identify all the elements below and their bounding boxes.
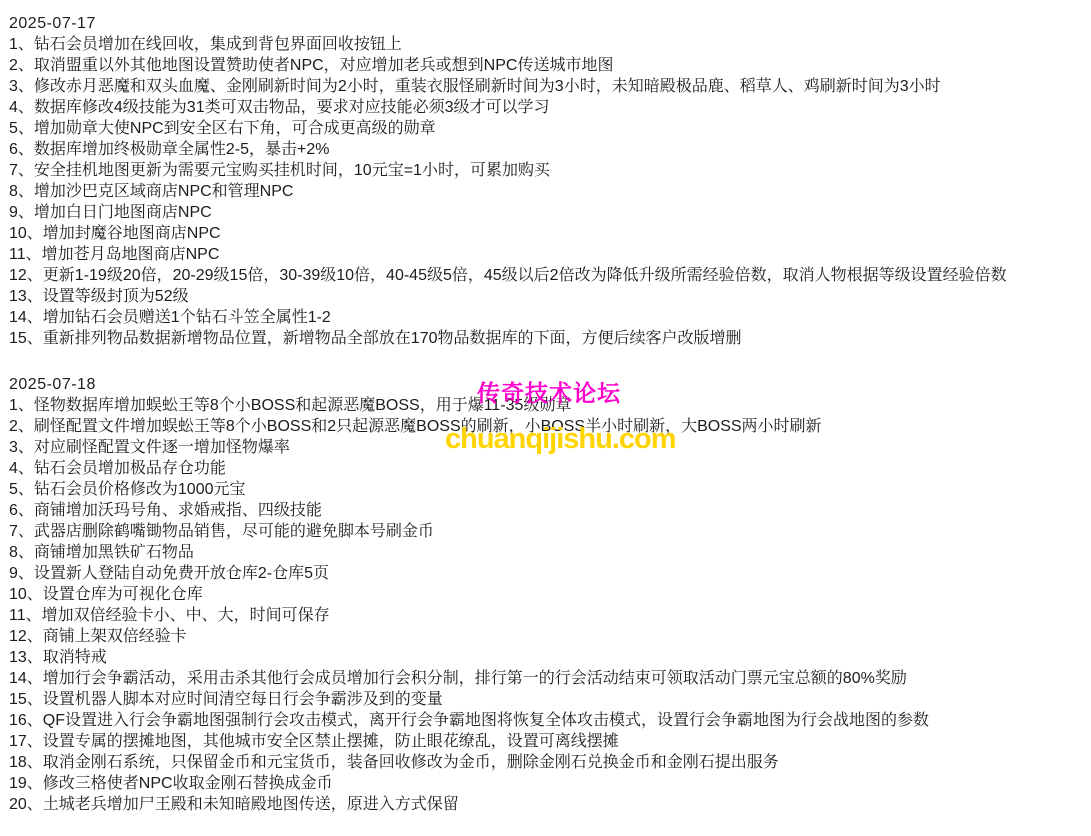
changelog-item: 5、钻石会员价格修改为1000元宝 <box>9 479 1091 500</box>
changelog-item: 9、设置新人登陆自动免费开放仓库2-仓库5页 <box>9 563 1091 584</box>
changelog-item: 15、设置机器人脚本对应时间清空每日行会争霸涉及到的变量 <box>9 689 1091 710</box>
date-heading: 2025-07-17 <box>9 13 1091 34</box>
changelog-item: 12、商铺上架双倍经验卡 <box>9 626 1091 647</box>
changelog-item: 14、增加行会争霸活动，采用击杀其他行会成员增加行会积分制，排行第一的行会活动结… <box>9 668 1091 689</box>
changelog-item: 2、取消盟重以外其他地图设置赞助使者NPC，对应增加老兵或想到NPC传送城市地图 <box>9 55 1091 76</box>
changelog-item: 17、设置专属的摆摊地图，其他城市安全区禁止摆摊，防止眼花缭乱，设置可离线摆摊 <box>9 731 1091 752</box>
watermark-forum-name: 传奇技术论坛 <box>477 382 621 405</box>
changelog-item: 4、钻石会员增加极品存仓功能 <box>9 458 1091 479</box>
changelog-item: 8、增加沙巴克区域商店NPC和管理NPC <box>9 181 1091 202</box>
changelog-item: 18、取消金刚石系统，只保留金币和元宝货币，装备回收修改为金币，删除金刚石兑换金… <box>9 752 1091 773</box>
changelog-item: 6、商铺增加沃玛号角、求婚戒指、四级技能 <box>9 500 1091 521</box>
changelog-item: 15、重新排列物品数据新增物品位置，新增物品全部放在170物品数据库的下面，方便… <box>9 328 1091 349</box>
changelog-item: 10、设置仓库为可视化仓库 <box>9 584 1091 605</box>
changelog-item: 5、增加勋章大使NPC到安全区右下角，可合成更高级的勋章 <box>9 118 1091 139</box>
changelog-item: 4、数据库修改4级技能为31类可双击物品，要求对应技能必须3级才可以学习 <box>9 97 1091 118</box>
watermark-site-url: chuanqijishu.com <box>445 423 676 455</box>
changelog-item: 8、商铺增加黑铁矿石物品 <box>9 542 1091 563</box>
changelog-item: 6、数据库增加终极勋章全属性2-5，暴击+2% <box>9 139 1091 160</box>
changelog-item: 13、设置等级封顶为52级 <box>9 286 1091 307</box>
changelog-document: 2025-07-171、钻石会员增加在线回收，集成到背包界面回收按钮上2、取消盟… <box>0 0 1091 836</box>
changelog-item: 9、增加白日门地图商店NPC <box>9 202 1091 223</box>
changelog-item: 14、增加钻石会员赠送1个钻石斗笠全属性1-2 <box>9 307 1091 328</box>
changelog-item: 7、安全挂机地图更新为需要元宝购买挂机时间，10元宝=1小时，可累加购买 <box>9 160 1091 181</box>
changelog-item: 1、钻石会员增加在线回收，集成到背包界面回收按钮上 <box>9 34 1091 55</box>
changelog-item: 10、增加封魔谷地图商店NPC <box>9 223 1091 244</box>
changelog-item: 3、修改赤月恶魔和双头血魔、金刚刷新时间为2小时，重装衣服怪刷新时间为3小时，未… <box>9 76 1091 97</box>
changelog-item: 11、增加双倍经验卡小、中、大，时间可保存 <box>9 605 1091 626</box>
changelog-item: 16、QF设置进入行会争霸地图强制行会攻击模式，离开行会争霸地图将恢复全体攻击模… <box>9 710 1091 731</box>
changelog-section: 2025-07-171、钻石会员增加在线回收，集成到背包界面回收按钮上2、取消盟… <box>9 13 1091 349</box>
changelog-item: 19、修改三格使者NPC收取金刚石替换成金币 <box>9 773 1091 794</box>
changelog-item: 12、更新1-19级20倍，20-29级15倍，30-39级10倍，40-45级… <box>9 265 1091 286</box>
changelog-item: 13、取消特戒 <box>9 647 1091 668</box>
changelog-item: 20、土城老兵增加尸王殿和未知暗殿地图传送，原进入方式保留 <box>9 794 1091 815</box>
changelog-item: 11、增加苍月岛地图商店NPC <box>9 244 1091 265</box>
changelog-item: 7、武器店删除鹤嘴锄物品销售，尽可能的避免脚本号刷金币 <box>9 521 1091 542</box>
